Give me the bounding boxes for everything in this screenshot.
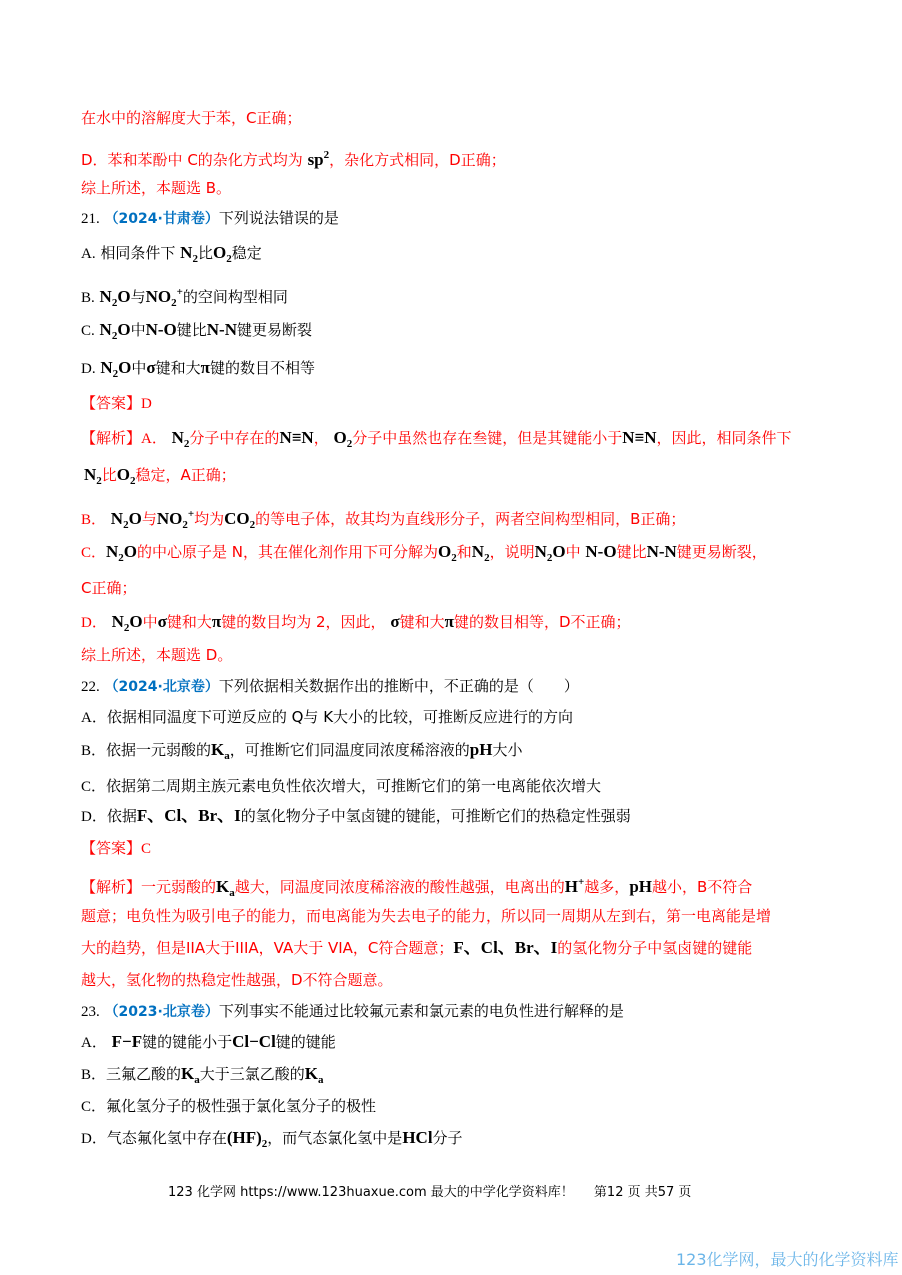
text-segment: O	[129, 509, 142, 528]
prev-analysis-line-1: 在水中的溶解度大于苯，C正确；	[81, 108, 301, 130]
text-segment: 气态氟化氢中存在	[107, 1129, 227, 1147]
text-segment: 与	[131, 288, 146, 306]
text-segment: N	[112, 612, 124, 631]
text-segment: O	[124, 542, 137, 561]
text-segment: O	[213, 243, 226, 262]
q21-answer: 【答案】D	[81, 393, 152, 415]
watermark: 123化学网，最大的化学资料库	[676, 1247, 899, 1270]
option-label: A．	[81, 1035, 107, 1051]
text-segment: 分子	[433, 1129, 463, 1147]
text-segment: 分子中存在的	[189, 429, 279, 447]
footer-slogan: 最大的中学化学资料库！	[431, 1185, 574, 1200]
text-segment: 键和大	[400, 613, 445, 631]
q22-analysis-line4: 越大，氢化物的热稳定性越强，D不符合题意。	[81, 970, 393, 992]
text-segment: O	[333, 428, 346, 447]
option-label: B．	[81, 1067, 106, 1083]
q23-option-c: C．氟化氢分子的极性强于氯化氢分子的极性	[81, 1096, 376, 1118]
chem-formula: N2O	[106, 542, 137, 561]
chem-formula: Cl−Cl	[232, 1032, 276, 1051]
chem-formula: σ	[390, 612, 399, 631]
text-segment: 键的键能	[276, 1033, 336, 1051]
text-segment: 键更易断裂，	[677, 543, 767, 561]
chem-formula: N2O	[112, 612, 143, 631]
text-segment: 中	[143, 613, 158, 631]
chem-formula: N≡N	[622, 428, 656, 447]
text-segment: K	[216, 877, 229, 896]
chem-formula: Ka	[305, 1064, 324, 1083]
chem-formula: pH	[629, 877, 652, 896]
chem-formula: F−F	[112, 1032, 142, 1051]
text-segment: NO	[157, 509, 183, 528]
page-number: 第12 页	[594, 1185, 641, 1200]
text-segment: K	[181, 1064, 194, 1083]
question-23-stem: 23. （2023·北京卷）下列事实不能通过比较氟元素和氯元素的电负性进行解释的…	[81, 1001, 624, 1023]
text-segment: 键更易断裂	[237, 321, 312, 339]
option-label: D．	[81, 615, 107, 631]
text-segment: O	[118, 358, 131, 377]
chem-formula: N2O	[111, 509, 142, 528]
chem-formula: σ	[146, 358, 155, 377]
text-segment: 的等电子体，故其均为直线形分子，两者空间构型相同，B正确；	[255, 510, 685, 528]
q23-option-d: D．气态氟化氢中存在(HF)2，而气态氯化氢中是HCl分子	[81, 1128, 463, 1150]
text-segment: N	[84, 465, 96, 484]
option-label: C．	[81, 1099, 106, 1115]
q22-analysis-line3: 大的趋势，但是IIA大于IIIA，VA大于 VIA，C符合题意；F、Cl、Br、…	[81, 938, 752, 960]
text-segment: O	[117, 465, 130, 484]
option-label: B．	[81, 512, 106, 528]
text-segment: 的空间构型相同	[183, 288, 288, 306]
chem-formula: Ka	[211, 740, 230, 759]
text-segment: 大于三氯乙酸的	[200, 1065, 305, 1083]
q21-analysis-b: B． N2O与NO2+均为CO2的等电子体，故其均为直线形分子，两者空间构型相同…	[81, 504, 685, 526]
analysis-label: 【解析】	[81, 878, 141, 896]
chem-formula: N2O	[100, 320, 131, 339]
chem-formula: (HF)2	[227, 1128, 267, 1147]
chem-formula: pH	[470, 740, 493, 759]
subscript: 2	[171, 297, 177, 309]
text-segment: 依据相同温度下可逆反应的 Q与 K大小的比较，可推断反应进行的方向	[107, 708, 573, 726]
chem-formula: N≡N	[279, 428, 313, 447]
chem-formula: π	[445, 612, 454, 631]
text-segment: 和	[457, 543, 472, 561]
option-label: A．	[81, 710, 107, 726]
text-segment: N	[100, 358, 112, 377]
chem-formula: NO2+	[157, 509, 194, 528]
text-segment: 一元弱酸的	[141, 878, 216, 896]
chem-formula: N2	[472, 542, 490, 561]
source-tag: （2023·北京卷）	[105, 1004, 219, 1020]
option-label: A.	[81, 246, 96, 262]
text-segment: CO	[224, 509, 250, 528]
chem-formula: π	[201, 358, 210, 377]
q21-analysis-a-line2: N2比O2稳定，A正确；	[84, 465, 236, 487]
text-segment: sp	[308, 150, 324, 169]
chem-formula: Ka	[181, 1064, 200, 1083]
text-segment: 中	[131, 321, 146, 339]
text-segment: O	[552, 542, 565, 561]
text-segment: 键的数目均为 2，因此，	[221, 613, 385, 631]
text-segment: 的氢化物分子中氢卤键的键能	[557, 939, 752, 957]
text-segment: 的中心原子是 N，其在催化剂作用下可分解为	[137, 543, 438, 561]
text-segment: 分子中虽然也存在叁键，但是其键能小于	[352, 429, 622, 447]
text-segment: 稳定	[232, 244, 262, 262]
question-stem: 下列事实不能通过比较氟元素和氯元素的电负性进行解释的是	[219, 1002, 624, 1020]
question-number: 21.	[81, 211, 100, 227]
text-segment: 越大，同温度同浓度稀溶液的酸性越强，电离出的	[235, 878, 565, 896]
prev-analysis-line-2: D．苯和苯酚中 C的杂化方式均为 sp2，杂化方式相同，D正确；	[81, 145, 506, 167]
q22-answer: 【答案】C	[81, 838, 151, 860]
text-segment: 依据一元弱酸的	[106, 741, 211, 759]
chem-formula: sp2	[308, 150, 330, 169]
option-label: C.	[81, 323, 95, 339]
q23-option-b: B．三氟乙酸的Ka大于三氯乙酸的Ka	[81, 1064, 324, 1086]
text-segment: N	[535, 542, 547, 561]
analysis-label: 【解析】	[81, 429, 141, 447]
chem-formula: N2O	[100, 287, 131, 306]
chem-formula: NO2+	[146, 287, 183, 306]
text-segment: ，可推断它们同温度同浓度稀溶液的	[230, 741, 470, 759]
q21-summary: 综上所述，本题选 D。	[81, 645, 232, 667]
chem-formula: CO2	[224, 509, 255, 528]
text-segment: ，因此，相同条件下	[656, 429, 791, 447]
text-segment: H	[565, 877, 578, 896]
text-segment: 相同条件下	[100, 244, 180, 262]
text-segment: 大小	[492, 741, 522, 759]
text-segment: N	[100, 287, 112, 306]
chem-formula: N-N	[647, 542, 677, 561]
text-segment: O	[129, 612, 142, 631]
text-segment: 键的键能小于	[142, 1033, 232, 1051]
q22-option-b: B．依据一元弱酸的Ka，可推断它们同温度同浓度稀溶液的pH大小	[81, 740, 522, 762]
chem-formula: F、Cl、Br、I	[137, 806, 241, 825]
text-segment: 键和大	[167, 613, 212, 631]
text-segment: 键的数目不相等	[210, 359, 315, 377]
q21-option-b: B. N2O与NO2+的空间构型相同	[81, 282, 288, 304]
option-label: D．	[81, 1131, 107, 1147]
question-21-stem: 21. （2024·甘肃卷）下列说法错误的是	[81, 208, 339, 230]
q21-analysis-a-line1: 【解析】A． N2分子中存在的N≡N， O2分子中虽然也存在叁键，但是其键能小于…	[81, 428, 792, 450]
text-segment: N	[100, 320, 112, 339]
text-segment: 的氢化物分子中氢卤键的键能，可推断它们的热稳定性强弱	[241, 807, 631, 825]
chem-formula: N2	[172, 428, 190, 447]
question-22-stem: 22. （2024·北京卷）下列依据相关数据作出的推断中，不正确的是（ ）	[81, 676, 579, 698]
text-segment: N	[180, 243, 192, 262]
footer-site-name: 123 化学网	[168, 1185, 236, 1200]
option-label: B.	[81, 290, 95, 306]
answer-label: 【答案】	[81, 394, 141, 412]
text-segment: N	[111, 509, 123, 528]
text-segment: 依据第二周期主族元素电负性依次增大，可推断它们的第一电离能依次增大	[106, 777, 601, 795]
text: D．苯和苯酚中 C的杂化方式均为	[81, 151, 308, 169]
question-stem: 下列说法错误的是	[219, 209, 339, 227]
chem-formula: σ	[158, 612, 167, 631]
text-segment: 比	[102, 466, 117, 484]
text-segment: K	[305, 1064, 318, 1083]
option-label: D．	[81, 809, 107, 825]
text-segment: 键和大	[156, 359, 201, 377]
source-tag: （2024·甘肃卷）	[105, 211, 219, 227]
question-stem: 下列依据相关数据作出的推断中，不正确的是（ ）	[219, 677, 579, 695]
text-segment: ，	[314, 429, 329, 447]
text-segment: 依据	[107, 807, 137, 825]
text-segment: 越多，	[584, 878, 629, 896]
q22-analysis-line1: 【解析】一元弱酸的Ka越大，同温度同浓度稀溶液的酸性越强，电离出的H+越多，pH…	[81, 872, 752, 894]
prev-summary: 综上所述，本题选 B。	[81, 178, 231, 200]
chem-formula: N2	[180, 243, 198, 262]
answer-label: 【答案】	[81, 839, 141, 857]
text-segment: 中	[131, 359, 146, 377]
text-segment: O	[117, 320, 130, 339]
q21-analysis-d: D． N2O中σ键和大π键的数目均为 2，因此， σ键和大π键的数目相等，D不正…	[81, 612, 631, 634]
option-label: C．	[81, 545, 106, 561]
option-label: A．	[141, 431, 167, 447]
chem-formula: π	[212, 612, 221, 631]
text-segment: 中	[566, 543, 581, 561]
chem-formula: N-O	[146, 320, 177, 339]
q21-option-d: D. N2O中σ键和大π键的数目不相等	[81, 358, 315, 380]
text-segment: 稳定，A正确；	[136, 466, 236, 484]
q22-option-c: C．依据第二周期主族元素电负性依次增大，可推断它们的第一电离能依次增大	[81, 776, 601, 798]
chem-formula: O2	[438, 542, 457, 561]
chem-formula: O2	[213, 243, 232, 262]
option-label: B．	[81, 743, 106, 759]
answer-value: C	[141, 841, 151, 857]
text-segment: K	[211, 740, 224, 759]
text-segment: ，说明	[490, 543, 535, 561]
q23-option-a: A． F−F键的键能小于Cl−Cl键的键能	[81, 1032, 336, 1054]
page-total: 共57 页	[645, 1185, 692, 1200]
chem-formula: H+	[565, 877, 585, 896]
subscript: 2	[182, 519, 188, 531]
text-segment: N	[172, 428, 184, 447]
chem-formula: N2O	[100, 358, 131, 377]
text-segment: 键比	[177, 321, 207, 339]
chem-formula: N-O	[585, 542, 616, 561]
text-segment: O	[438, 542, 451, 561]
q21-option-c: C. N2O中N-O键比N-N键更易断裂	[81, 320, 312, 342]
text-segment: N	[106, 542, 118, 561]
option-label: D.	[81, 361, 96, 377]
text-segment: ，而气态氯化氢中是	[267, 1129, 402, 1147]
text-segment: 大的趋势，但是IIA大于IIIA，VA大于 VIA，C符合题意；	[81, 939, 453, 957]
chem-formula: HCl	[402, 1128, 432, 1147]
chem-formula: N2O	[535, 542, 566, 561]
question-number: 23.	[81, 1004, 100, 1020]
q22-analysis-line2: 题意；电负性为吸引电子的能力，而电离能为失去电子的能力，所以同一周期从左到右，第…	[81, 906, 771, 928]
q21-option-a: A. 相同条件下 N2比O2稳定	[81, 243, 262, 265]
text-segment: NO	[146, 287, 172, 306]
q21-analysis-c-line1: C．N2O的中心原子是 N，其在催化剂作用下可分解为O2和N2，说明N2O中 N…	[81, 542, 767, 564]
text: ，杂化方式相同，D正确；	[329, 151, 506, 169]
text-segment: 键的数目相等，D不正确；	[454, 613, 631, 631]
question-number: 22.	[81, 679, 100, 695]
footer-url[interactable]: https://www.123huaxue.com	[240, 1185, 427, 1200]
text-segment: 比	[198, 244, 213, 262]
subscript: a	[318, 1074, 324, 1086]
answer-value: D	[141, 396, 152, 412]
source-tag: （2024·北京卷）	[105, 679, 219, 695]
chem-formula: F、Cl、Br、I	[453, 938, 557, 957]
text-segment: 与	[142, 510, 157, 528]
chem-formula: O2	[117, 465, 136, 484]
chem-formula: O2	[333, 428, 352, 447]
q22-option-d: D．依据F、Cl、Br、I的氢化物分子中氢卤键的键能，可推断它们的热稳定性强弱	[81, 806, 631, 828]
chem-formula: N2	[84, 465, 102, 484]
text-segment: 氟化氢分子的极性强于氯化氢分子的极性	[106, 1097, 376, 1115]
text-segment: 三氟乙酸的	[106, 1065, 181, 1083]
text-segment: 越小，B不符合	[652, 878, 752, 896]
text-segment: 均为	[194, 510, 224, 528]
text-segment: (HF)	[227, 1128, 262, 1147]
page-footer: 123 化学网 https://www.123huaxue.com 最大的中学化…	[168, 1181, 691, 1200]
text-segment: 键比	[617, 543, 647, 561]
text-segment: O	[117, 287, 130, 306]
q21-analysis-c-line2: C正确；	[81, 578, 136, 600]
option-label: C．	[81, 779, 106, 795]
chem-formula: N-N	[207, 320, 237, 339]
chem-formula: Ka	[216, 877, 235, 896]
q22-option-a: A．依据相同温度下可逆反应的 Q与 K大小的比较，可推断反应进行的方向	[81, 707, 573, 729]
text-segment: N	[472, 542, 484, 561]
